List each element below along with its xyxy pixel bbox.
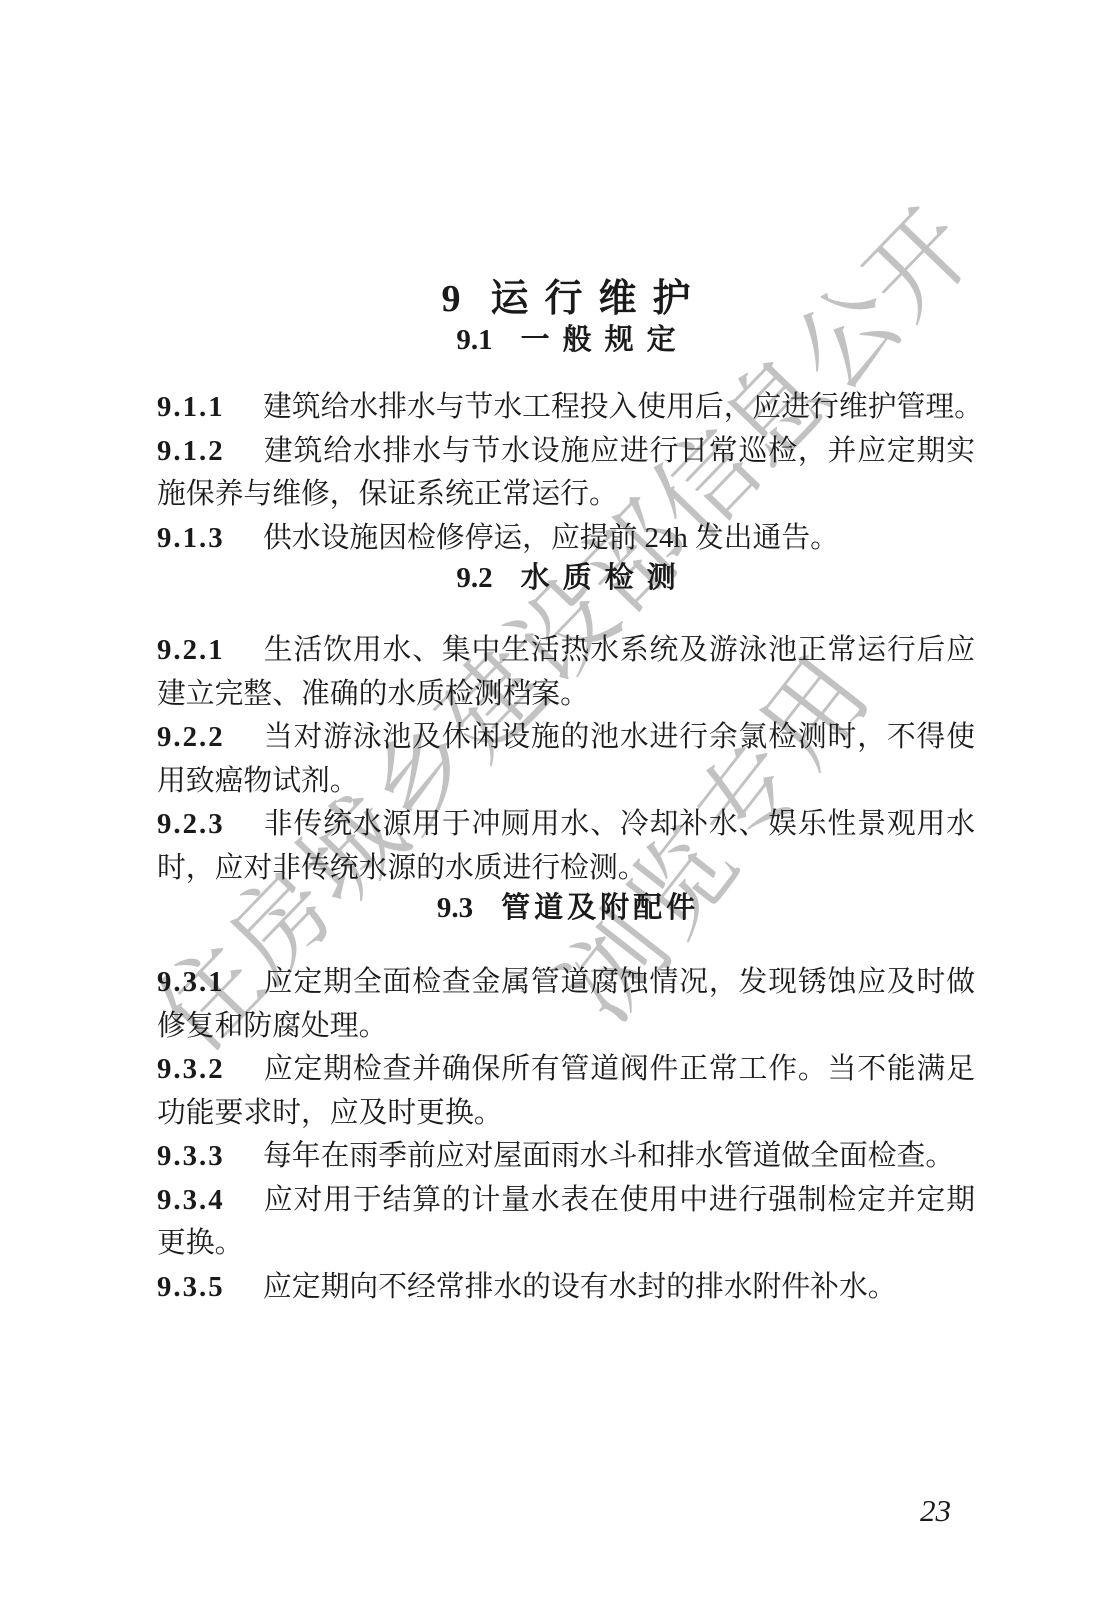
clause-number: 9.3.2	[157, 1048, 263, 1092]
clause-text: 当对游泳池及休闲设施的池水进行余氯检测时，不得使	[263, 721, 975, 753]
clause-line: 9.3.3每年在雨季前应对屋面雨水斗和排水管道做全面检查。	[157, 1135, 975, 1179]
clause-number: 9.3.5	[157, 1266, 263, 1310]
clause-line: 9.2.1生活饮用水、集中生活热水系统及游泳池正常运行后应	[157, 629, 975, 673]
clause-text: 非传统水源用于冲厕用水、冷却补水、娱乐性景观用水	[263, 808, 975, 840]
clause-number: 9.2.2	[157, 716, 263, 760]
clause-number: 9.3.1	[157, 961, 263, 1005]
clause-text: 供水设施因检修停运，应提前 24h 发出通告。	[263, 522, 839, 554]
clause-text: 生活饮用水、集中生活热水系统及游泳池正常运行后应	[263, 634, 975, 666]
section-title: 一般规定	[521, 324, 689, 356]
clause-text: 应定期检查并确保所有管道阀件正常工作。当不能满足	[263, 1053, 975, 1085]
section-title: 水质检测	[521, 562, 689, 594]
clause-line: 时，应对非传统水源的水质进行检测。	[157, 847, 975, 891]
clause-number: 9.2.3	[157, 803, 263, 847]
clause-text: 修复和防腐处理。	[157, 1010, 387, 1042]
clause-text: 应定期向不经常排水的设有水封的排水附件补水。	[263, 1271, 897, 1303]
clause-number: 9.2.1	[157, 629, 263, 673]
section-heading-9-1: 9.1一般规定	[157, 322, 975, 358]
clause-text: 用致癌物试剂。	[157, 765, 359, 797]
clause-number: 9.1.3	[157, 517, 263, 561]
clause-line: 9.3.4应对用于结算的计量水表在使用中进行强制检定并定期	[157, 1179, 975, 1223]
clause-number: 9.1.2	[157, 430, 263, 474]
clause-text: 施保养与维修，保证系统正常运行。	[157, 478, 618, 510]
section-heading-9-2: 9.2水质检测	[157, 560, 975, 596]
chapter-number: 9	[441, 278, 460, 320]
clause-line: 功能要求时，应及时更换。	[157, 1092, 975, 1136]
section-heading-9-3: 9.3管道及附配件	[157, 890, 975, 926]
clause-line: 建立完整、准确的水质检测档案。	[157, 673, 975, 717]
clause-line: 施保养与维修，保证系统正常运行。	[157, 473, 975, 517]
clause-line: 修复和防腐处理。	[157, 1005, 975, 1049]
chapter-title-text: 运行维护	[490, 278, 706, 320]
clause-text: 每年在雨季前应对屋面雨水斗和排水管道做全面检查。	[263, 1140, 954, 1172]
section-number: 9.1	[456, 324, 492, 356]
clause-number: 9.3.3	[157, 1135, 263, 1179]
clause-line: 9.1.1建筑给水排水与节水工程投入使用后，应进行维护管理。	[157, 386, 975, 430]
clause-line: 9.2.3非传统水源用于冲厕用水、冷却补水、娱乐性景观用水	[157, 803, 975, 847]
clause-text: 应对用于结算的计量水表在使用中进行强制检定并定期	[263, 1184, 975, 1216]
document-page: 住房城乡建设部信息公开 浏览专用 9运行维护 9.1一般规定 9.1.1建筑给水…	[0, 0, 1103, 1598]
clause-line: 9.3.5应定期向不经常排水的设有水封的排水附件补水。	[157, 1266, 975, 1310]
section-number: 9.2	[456, 562, 492, 594]
clause-text: 建筑给水排水与节水工程投入使用后，应进行维护管理。	[263, 391, 983, 423]
page-number: 23	[920, 1494, 951, 1528]
clause-text: 建筑给水排水与节水设施应进行日常巡检，并应定期实	[263, 435, 975, 467]
clause-text: 建立完整、准确的水质检测档案。	[157, 678, 589, 710]
clause-number: 9.1.1	[157, 386, 263, 430]
section-number: 9.3	[437, 892, 473, 924]
clause-line: 9.1.2建筑给水排水与节水设施应进行日常巡检，并应定期实	[157, 430, 975, 474]
clause-text: 更换。	[157, 1227, 243, 1259]
clause-line: 9.2.2当对游泳池及休闲设施的池水进行余氯检测时，不得使	[157, 716, 975, 760]
clause-text: 时，应对非传统水源的水质进行检测。	[157, 852, 647, 884]
clause-line: 9.3.1应定期全面检查金属管道腐蚀情况，发现锈蚀应及时做	[157, 961, 975, 1005]
clause-line: 用致癌物试剂。	[157, 760, 975, 804]
clause-line: 更换。	[157, 1222, 975, 1266]
clause-text: 功能要求时，应及时更换。	[157, 1097, 503, 1129]
section-title: 管道及附配件	[501, 892, 699, 924]
clause-line: 9.3.2应定期检查并确保所有管道阀件正常工作。当不能满足	[157, 1048, 975, 1092]
clause-line: 9.1.3供水设施因检修停运，应提前 24h 发出通告。	[157, 517, 975, 561]
chapter-title: 9运行维护	[157, 276, 975, 322]
clause-text: 应定期全面检查金属管道腐蚀情况，发现锈蚀应及时做	[263, 966, 975, 998]
page-content: 9运行维护 9.1一般规定 9.1.1建筑给水排水与节水工程投入使用后，应进行维…	[157, 0, 975, 1309]
clause-number: 9.3.4	[157, 1179, 263, 1223]
